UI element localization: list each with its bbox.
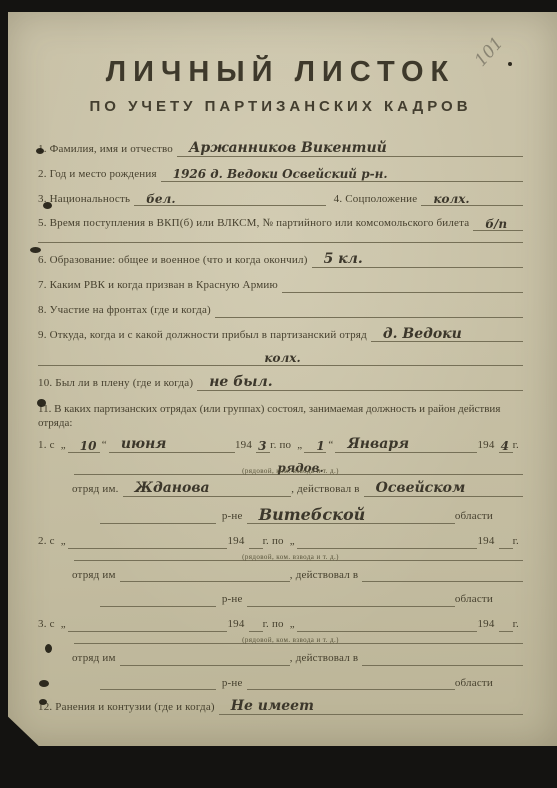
field-7-label: 7. Каким РВК и когда призван в Красную А…: [38, 279, 282, 293]
year-from: [249, 547, 263, 549]
day-from: 10: [68, 441, 100, 453]
field-8-label: 8. Участие на фронтах (где и когда): [38, 304, 215, 318]
field-3-label: 3. Национальность: [38, 193, 134, 207]
field-6-label: 6. Образование: общее и военное (что и к…: [38, 254, 312, 268]
field-1-label: 1. Фамилия, имя и отчество: [38, 143, 177, 157]
district-row-3: р-не области: [100, 677, 497, 691]
district-value: [247, 605, 455, 607]
field-4-value: колх.: [421, 194, 523, 206]
unit-row-3: отряд им , действовал в: [72, 652, 523, 666]
period-row-1: 1. с „ 10 “ июня 194 3 г. по „ 1 “ Январ…: [38, 439, 523, 453]
field-5-value: б/п: [473, 219, 523, 231]
open-quote-2: „: [288, 618, 297, 632]
field-12-value: Не имеет: [219, 701, 400, 715]
year-suffix: г.: [513, 439, 523, 453]
field-9-value2: колх.: [38, 353, 523, 365]
unit-row-2: отряд им , действовал в: [72, 569, 523, 583]
unit-row-1: отряд им. Жданова , действовал в Освейск…: [72, 483, 523, 497]
year-prefix-from: 194: [235, 439, 256, 453]
field-6-row: 6. Образование: общее и военное (что и к…: [38, 254, 523, 268]
region-label: области: [455, 510, 497, 524]
year-from: [249, 630, 263, 632]
form-subtitle: ПО УЧЕТУ ПАРТИЗАНСКИХ КАДРОВ: [38, 98, 523, 115]
year-from: 3: [256, 441, 270, 453]
ink-blot: [39, 699, 47, 705]
district-row-1: р-не Витебской области: [100, 508, 497, 524]
blank-line: [399, 714, 523, 715]
district-label: р-не: [216, 677, 247, 691]
field-1-row: 1. Фамилия, имя и отчество Аржанников Ви…: [38, 143, 523, 157]
period-prefix: 3. с: [38, 618, 59, 632]
field-3-value: бел.: [134, 194, 325, 206]
unit-value: Жданова: [123, 483, 292, 497]
month-from: [68, 630, 228, 632]
blank-line: [38, 242, 523, 243]
field-2-row: 2. Год и место рождения 1926 д. Ведоки О…: [38, 168, 523, 182]
field-11-label: 11. В каких партизанских отрядах (или гр…: [38, 402, 523, 432]
field-5-row: 5. Время поступления в ВКП(б) или ВЛКСМ,…: [38, 217, 523, 231]
unit-label: отряд им: [72, 569, 120, 583]
field-11-row: 11. В каких партизанских отрядах (или гр…: [38, 402, 523, 432]
field-2-value: 1926 д. Ведоки Освейский р-н.: [161, 169, 523, 181]
year-prefix-to: 194: [477, 618, 498, 632]
open-quote: „: [59, 618, 68, 632]
acted-value: Освейском: [364, 483, 523, 497]
field-5-label: 5. Время поступления в ВКП(б) или ВЛКСМ,…: [38, 217, 473, 231]
acted-label: , действовал в: [290, 569, 362, 583]
acted-value: [362, 580, 523, 582]
form-title: ЛИЧНЫЙ ЛИСТОК: [38, 56, 523, 89]
field-8-row: 8. Участие на фронтах (где и когда): [38, 304, 523, 318]
field-12-label: 12. Ранения и контузии (где и когда): [38, 701, 219, 715]
day-to: 1: [304, 441, 326, 453]
month-from: июня: [109, 439, 235, 453]
field-7-row: 7. Каким РВК и когда призван в Красную А…: [38, 279, 523, 293]
ink-blot: [508, 62, 512, 66]
open-quote-2: „: [288, 535, 297, 549]
service-entry-1: 1. с „ 10 “ июня 194 3 г. по „ 1 “ Январ…: [38, 439, 523, 524]
period-row-3: 3. с „ 194 г. по „ 194 г.: [38, 618, 523, 632]
field-12-row: 12. Ранения и контузии (где и когда) Не …: [38, 701, 523, 715]
field-5-continuation-line: [38, 242, 523, 243]
year-prefix-from: 194: [227, 618, 248, 632]
district-value: [247, 688, 455, 690]
ink-blot: [45, 644, 52, 653]
acted-value: [362, 664, 523, 666]
blank-line: [384, 390, 523, 391]
ink-blot: [30, 247, 41, 253]
field-2-label: 2. Год и место рождения: [38, 168, 161, 182]
district-label: р-не: [216, 593, 247, 607]
ink-blot: [36, 148, 44, 154]
year-suffix: г.: [513, 618, 523, 632]
district-value: Витебской: [247, 508, 455, 524]
period-mid: г. по: [263, 535, 288, 549]
open-quote: „: [59, 535, 68, 549]
field-4-label: 4. Соцположение: [326, 193, 422, 207]
period-prefix: 1. с: [38, 439, 59, 453]
year-suffix: г.: [513, 535, 523, 549]
ink-blot: [39, 680, 49, 687]
year-to: [499, 547, 513, 549]
field-7-value: [282, 291, 523, 293]
service-entry-2: 2. с „ 194 г. по „ 194 г. (рядовой, ком.…: [38, 535, 523, 607]
period-mid: г. по: [263, 618, 288, 632]
month-to: [297, 547, 478, 549]
month-from: [68, 547, 228, 549]
year-prefix-from: 194: [227, 535, 248, 549]
field-1-value: Аржанников Викентий: [177, 143, 523, 157]
acted-label: , действовал в: [290, 652, 362, 666]
field-9-label: 9. Откуда, когда и с какой должности при…: [38, 329, 371, 343]
period-row-2: 2. с „ 194 г. по „ 194 г.: [38, 535, 523, 549]
month-to: Января: [335, 439, 477, 453]
year-to: [499, 630, 513, 632]
field-10-label: 10. Был ли в плену (где и когда): [38, 377, 197, 391]
year-prefix-to: 194: [477, 439, 498, 453]
district-row-2: р-не области: [100, 593, 497, 607]
blank-line: [100, 523, 216, 524]
field-10-value: не был.: [197, 377, 384, 391]
field-9-continuation-row: колх.: [38, 353, 523, 365]
month-to: [297, 630, 478, 632]
unit-label: отряд им: [72, 652, 120, 666]
close-quote-2: “: [326, 439, 335, 453]
ink-blot: [43, 202, 52, 209]
field-9-row: 9. Откуда, когда и с какой должности при…: [38, 329, 523, 343]
unit-value: [120, 580, 290, 582]
service-entry-3: 3. с „ 194 г. по „ 194 г. (рядовой, ком.…: [38, 618, 523, 690]
year-to: 4: [499, 441, 513, 453]
region-label: области: [455, 677, 497, 691]
field-6-value: 5 кл.: [312, 254, 523, 268]
year-prefix-to: 194: [477, 535, 498, 549]
period-prefix: 2. с: [38, 535, 59, 549]
region-label: области: [455, 593, 497, 607]
field-3-4-row: 3. Национальность бел. 4. Соцположение к…: [38, 193, 523, 207]
close-quote: “: [100, 439, 109, 453]
field-10-row: 10. Был ли в плену (где и когда) не был.: [38, 377, 523, 391]
acted-label: , действовал в: [291, 483, 363, 497]
district-label: р-не: [216, 510, 247, 524]
document-paper: 101 ЛИЧНЫЙ ЛИСТОК ПО УЧЕТУ ПАРТИЗАНСКИХ …: [8, 12, 557, 746]
field-8-value: [215, 316, 523, 318]
unit-value: [120, 664, 290, 666]
unit-label: отряд им.: [72, 483, 123, 497]
period-mid: г. по: [270, 439, 295, 453]
field-9-value: д. Ведоки: [371, 329, 523, 343]
ink-blot: [37, 399, 46, 407]
open-quote-2: „: [295, 439, 304, 453]
blank-line: [100, 689, 216, 690]
blank-line: [100, 606, 216, 607]
open-quote: „: [59, 439, 68, 453]
